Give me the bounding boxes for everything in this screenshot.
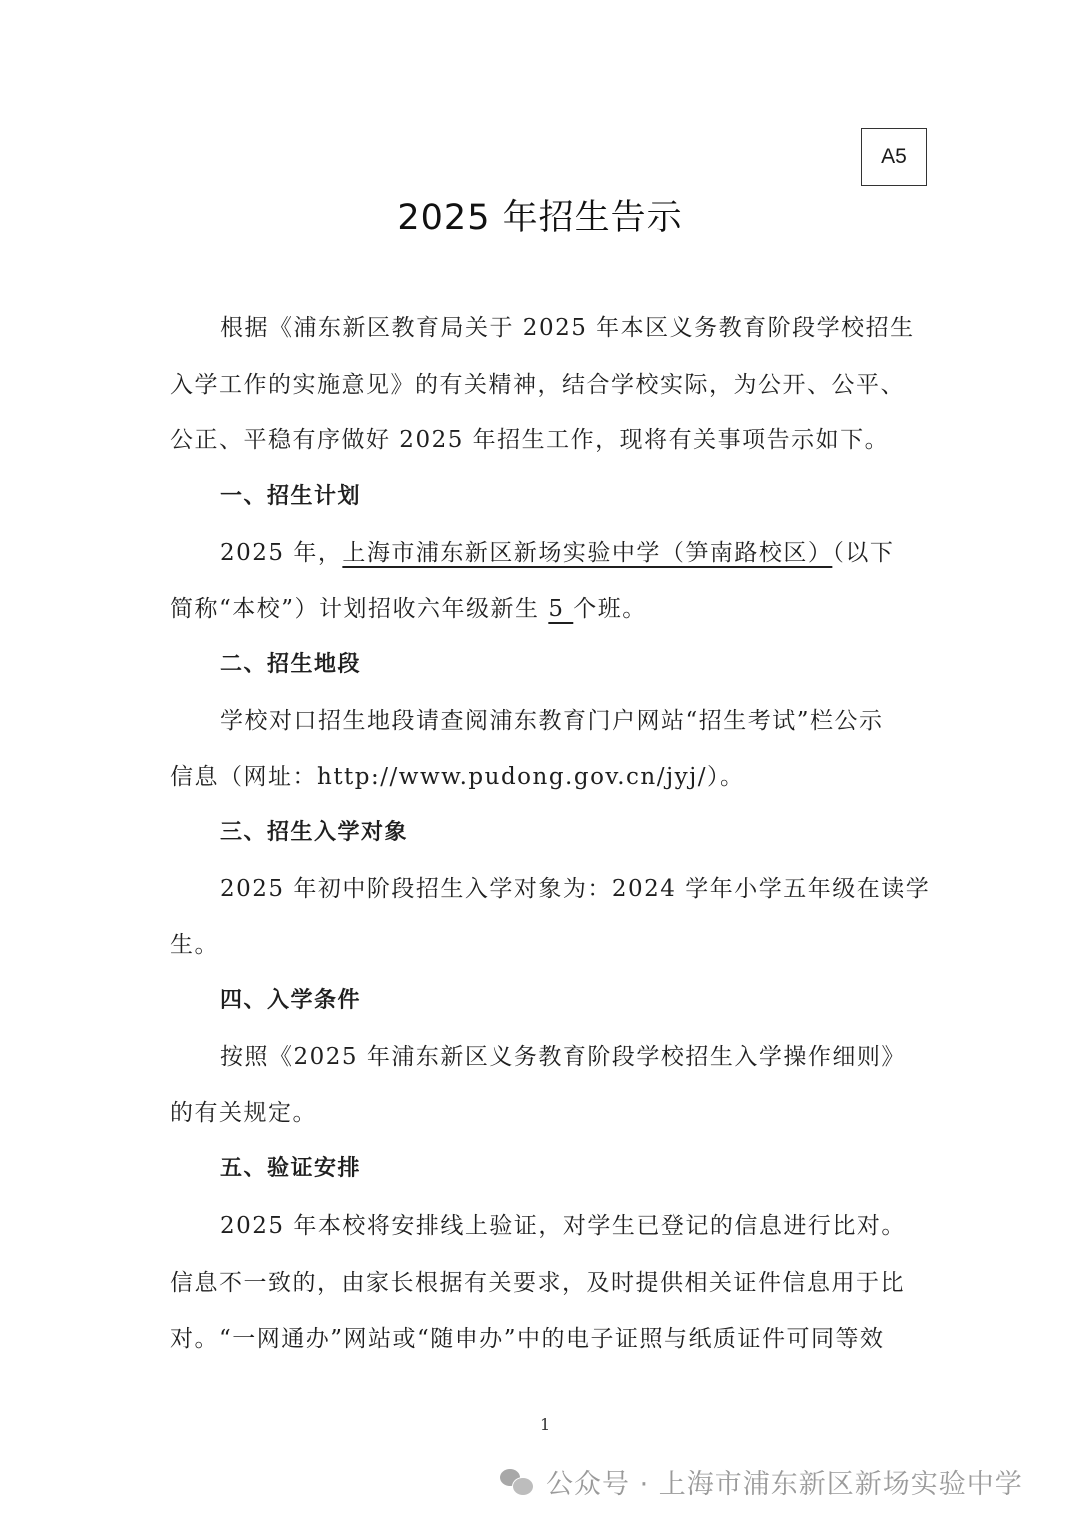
attachment-badge: A5 bbox=[861, 128, 927, 186]
plan-suffix: （以下 bbox=[832, 540, 894, 566]
intro-line: 入学工作的实施意见》的有关精神，结合学校实际，为公开、公平、 bbox=[170, 370, 920, 400]
wechat-icon bbox=[500, 1467, 536, 1497]
plan-line: 简称“本校”）计划招收六年级新生 5 个班。 bbox=[170, 594, 920, 624]
plan-line: 2025 年，上海市浦东新区新场实验中学（笋南路校区）（以下 bbox=[220, 538, 970, 568]
section-heading-conditions: 四、入学条件 bbox=[220, 986, 970, 1016]
plan-text: 简称“本校”）计划招收六年级新生 bbox=[170, 596, 548, 622]
verification-line: 对。“一网通办”网站或“随申办”中的电子证照与纸质证件可同等效 bbox=[170, 1324, 920, 1354]
conditions-line: 的有关规定。 bbox=[170, 1098, 920, 1128]
wechat-watermark: 公众号 · 上海市浦东新区新场实验中学 bbox=[500, 1462, 1023, 1501]
plan-text: 个班。 bbox=[573, 596, 647, 622]
page-number: 1 bbox=[540, 1415, 550, 1434]
page-title: 2025 年招生告示 bbox=[0, 190, 1080, 240]
plan-year: 2025 年， bbox=[220, 540, 342, 566]
school-name: 上海市浦东新区新场实验中学（笋南路校区） bbox=[342, 540, 832, 566]
district-url-line: 信息（网址：http://www.pudong.gov.cn/jyj/）。 bbox=[170, 762, 920, 792]
section-heading-target: 三、招生入学对象 bbox=[220, 818, 970, 848]
section-heading-verification: 五、验证安排 bbox=[220, 1154, 970, 1184]
class-count: 5 bbox=[548, 596, 573, 622]
intro-line: 公正、平稳有序做好 2025 年招生工作，现将有关事项告示如下。 bbox=[170, 425, 920, 455]
watermark-text: 公众号 · 上海市浦东新区新场实验中学 bbox=[546, 1462, 1023, 1501]
target-line: 2025 年初中阶段招生入学对象为：2024 学年小学五年级在读学 bbox=[220, 874, 970, 904]
verification-line: 2025 年本校将安排线上验证，对学生已登记的信息进行比对。 bbox=[220, 1211, 970, 1241]
district-line: 学校对口招生地段请查阅浦东教育门户网站“招生考试”栏公示 bbox=[220, 706, 970, 736]
section-heading-plan: 一、招生计划 bbox=[220, 482, 970, 512]
conditions-line: 按照《2025 年浦东新区义务教育阶段学校招生入学操作细则》 bbox=[220, 1042, 970, 1072]
verification-line: 信息不一致的，由家长根据有关要求，及时提供相关证件信息用于比 bbox=[170, 1268, 920, 1298]
target-line: 生。 bbox=[170, 930, 920, 960]
section-heading-district: 二、招生地段 bbox=[220, 650, 970, 680]
intro-line: 根据《浦东新区教育局关于 2025 年本区义务教育阶段学校招生 bbox=[220, 313, 970, 343]
